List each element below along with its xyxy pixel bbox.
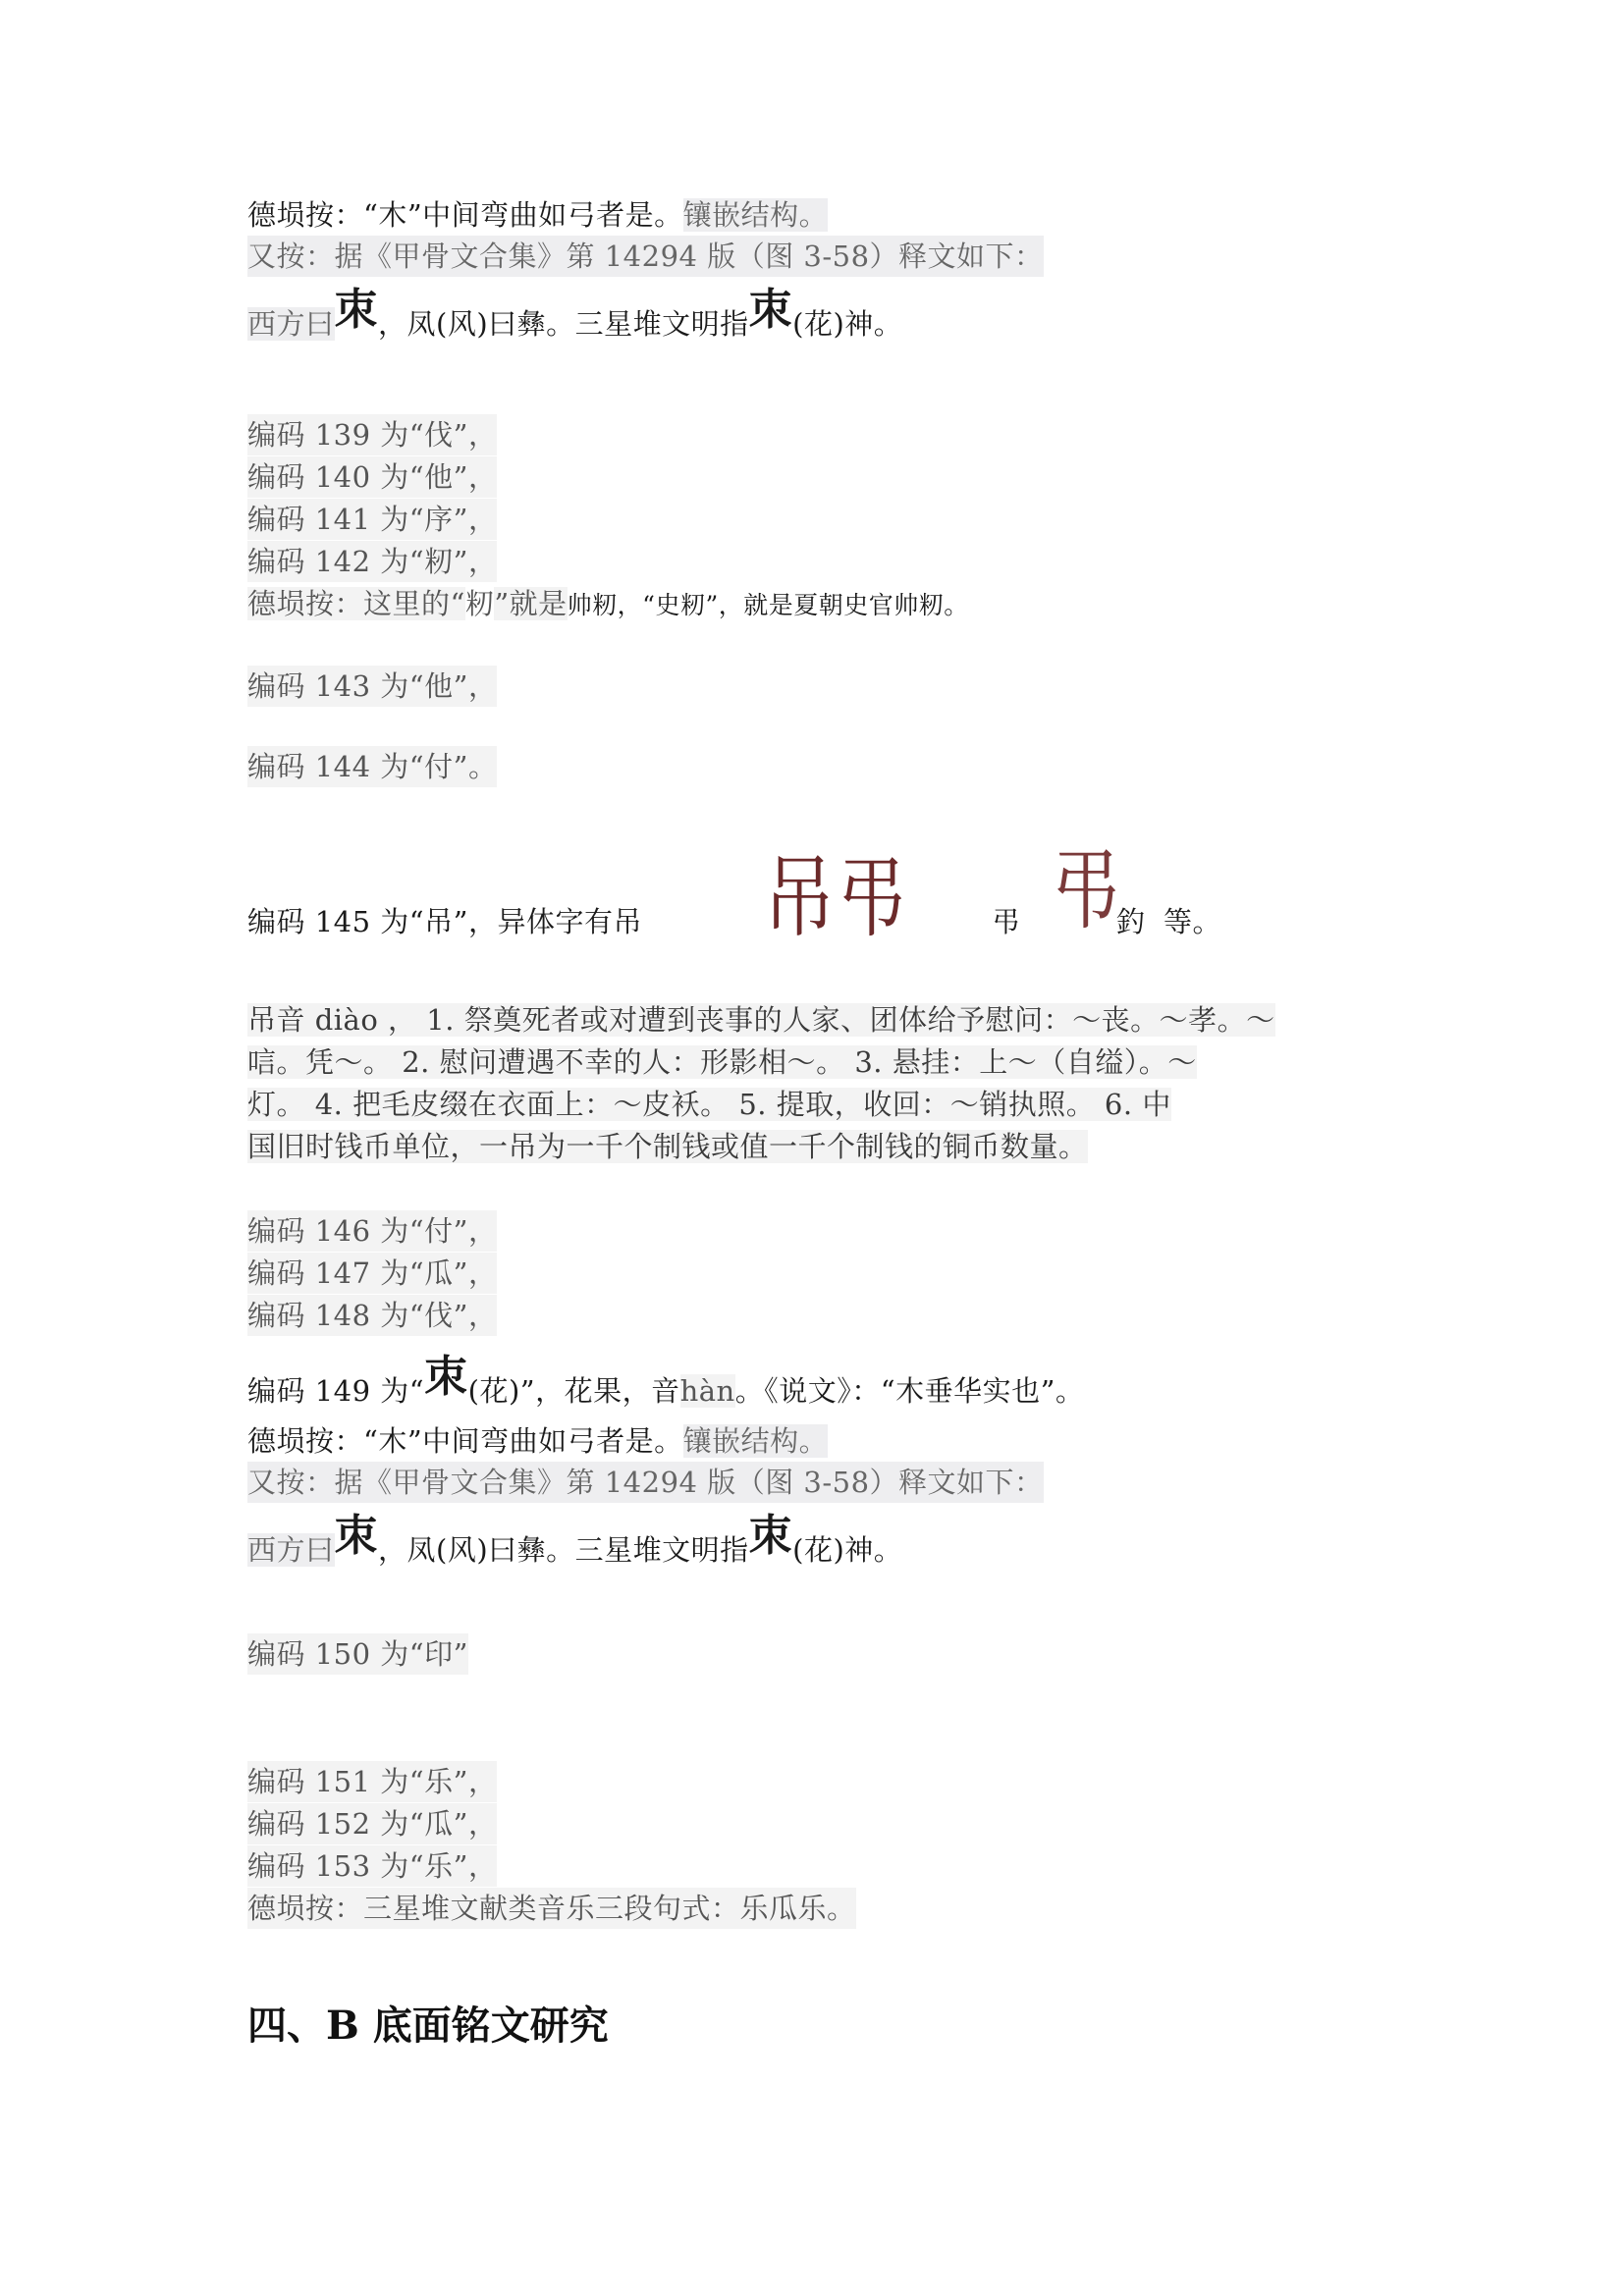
seal-script-glyph-icon: 吊 (764, 853, 835, 941)
code-line: 编码 142 为“籾”， (247, 541, 497, 582)
also-note-line: 又按：据《甲骨文合集》第 14294 版（图 3-58）释文如下： (247, 236, 1044, 277)
code-line: 编码 144 为“付”。 (247, 746, 497, 787)
seal-script-glyph-icon: 弔 (837, 853, 907, 941)
oracle-glyph-icon: 朿 (335, 285, 379, 335)
west-prefix: 西方曰 (247, 307, 335, 341)
oracle-glyph-icon: 朿 (749, 1511, 793, 1561)
code-149-prefix: 编码 149 为“ (247, 1374, 424, 1408)
note-142-part: 德埙按：这里的“ (247, 587, 465, 620)
code-line: 编码 148 为“伐”， (247, 1295, 497, 1336)
code-line: 编码 143 为“他”， (247, 666, 497, 707)
oracle-glyph-icon: 朿 (424, 1352, 468, 1402)
west-line: 西方曰朿，凤(风)曰彝。三星堆文明指朿(花)神。 (247, 1525, 902, 1571)
variant-glyph: 弔 (992, 901, 1021, 942)
section-heading: 四、B 底面铭文研究 (247, 1995, 609, 2051)
note-highlight: 镶嵌结构。 (683, 198, 829, 232)
seal-script-glyph-icon: 弔 (1051, 845, 1121, 934)
west-mid: ，凤(风)曰彝。三星堆文明指 (378, 1533, 749, 1567)
code-line: 编码 141 为“序”， (247, 499, 497, 540)
oracle-glyph-icon: 朿 (749, 285, 793, 335)
code-145-line: 编码 145 为“吊”，异体字有吊 (247, 901, 642, 942)
note-text: 德埙按：“木”中间弯曲如弓者是。 (247, 1424, 683, 1458)
west-suffix: (花)神。 (792, 1533, 902, 1567)
note-line: 德埙按：“木”中间弯曲如弓者是。镶嵌结构。 (247, 1420, 828, 1462)
diao-definition-paragraph: 吊音 diào ， 1. 祭奠死者或对遭到丧事的人家、团体给予慰问：～丧。～孝。… (247, 999, 1386, 1168)
also-note-line: 又按：据《甲骨文合集》第 14294 版（图 3-58）释文如下： (247, 1462, 1044, 1503)
music-note-line: 德埙按：三星堆文献类音乐三段句式：乐瓜乐。 (247, 1888, 856, 1929)
note-142-part: ”就是 (494, 587, 567, 620)
definition-line: 灯。 4. 把毛皮缀在衣面上：～皮袄。 5. 提取，收回：～销执照。 6. 中 (247, 1088, 1171, 1121)
note-142-part: 籾 (465, 587, 495, 620)
code-line: 编码 151 为“乐”， (247, 1761, 497, 1802)
variant-tail: 等。 (1164, 901, 1221, 942)
code-line: 编码 152 为“瓜”， (247, 1803, 497, 1844)
pinyin: hàn (680, 1374, 735, 1408)
code-line: 编码 140 为“他”， (247, 456, 497, 498)
note-142-line: 德埙按：这里的“籾”就是帅籾，“史籾”，就是夏朝史官帅籾。 (247, 583, 969, 626)
definition-line: 唁。凭～。 2. 慰问遭遇不幸的人：形影相～。 3. 悬挂：上～（自缢）。～ (247, 1045, 1197, 1079)
code-line: 编码 146 为“付”， (247, 1210, 497, 1252)
note-142-part: 帅籾，“史籾”，就是夏朝史官帅籾。 (568, 591, 969, 619)
note-highlight: 镶嵌结构。 (683, 1424, 829, 1458)
oracle-glyph-icon: 朿 (335, 1511, 379, 1561)
west-mid: ，凤(风)曰彝。三星堆文明指 (378, 307, 749, 341)
code-149-mid: (花)”，花果，音 (468, 1374, 680, 1408)
definition-line: 国旧时钱币单位，一吊为一千个制钱或值一千个制钱的铜币数量。 (247, 1130, 1088, 1163)
west-prefix: 西方曰 (247, 1533, 335, 1567)
code-line: 编码 139 为“伐”， (247, 414, 497, 455)
west-line: 西方曰朿，凤(风)曰彝。三星堆文明指朿(花)神。 (247, 299, 902, 345)
west-suffix: (花)神。 (792, 307, 902, 341)
variant-glyph: 釣 (1116, 901, 1146, 942)
code-line: 编码 153 为“乐”， (247, 1845, 497, 1887)
definition-line: 吊音 diào ， 1. 祭奠死者或对遭到丧事的人家、团体给予慰问：～丧。～孝。… (247, 1003, 1275, 1037)
document-page: 德埙按：“木”中间弯曲如弓者是。镶嵌结构。 又按：据《甲骨文合集》第 14294… (0, 0, 1624, 2296)
code-line: 编码 147 为“瓜”， (247, 1253, 497, 1294)
note-line: 德埙按：“木”中间弯曲如弓者是。镶嵌结构。 (247, 194, 828, 236)
code-line: 编码 150 为“印” (247, 1633, 468, 1675)
code-149-suffix: 。《说文》：“木垂华实也”。 (735, 1374, 1085, 1408)
code-149-line: 编码 149 为“朿(花)”，花果，音hàn。《说文》：“木垂华实也”。 (247, 1366, 1084, 1412)
note-text: 德埙按：“木”中间弯曲如弓者是。 (247, 198, 683, 232)
